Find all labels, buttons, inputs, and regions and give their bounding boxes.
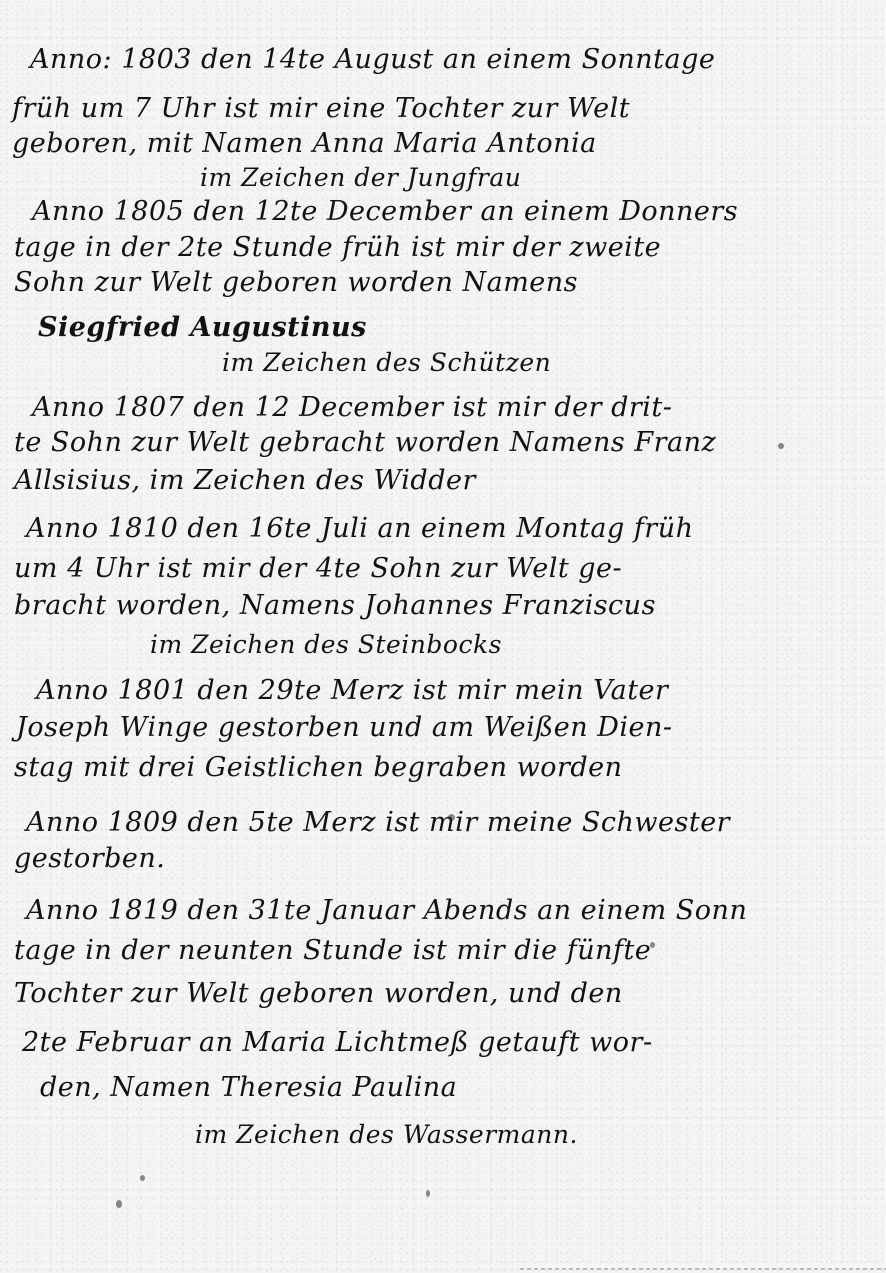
entry-1819-line-5: den, Namen Theresia Paulina: [40, 1072, 457, 1103]
entry-1805-zodiac: im Zeichen des Schützen: [222, 348, 551, 377]
entry-1805-line-3: Sohn zur Welt geboren worden Namens: [14, 267, 578, 298]
ink-speck: [426, 1190, 430, 1197]
page-bottom-edge: [520, 1268, 886, 1270]
entry-1819-zodiac: im Zeichen des Wassermann.: [195, 1120, 578, 1149]
ink-speck: [140, 1175, 145, 1181]
ink-speck: [778, 443, 784, 449]
entry-1803-zodiac: im Zeichen der Jungfrau: [200, 163, 521, 192]
entry-1805-line-1: Anno 1805 den 12te December an einem Don…: [32, 196, 738, 227]
entry-1809-line-2: gestorben.: [14, 843, 165, 874]
ink-speck: [448, 814, 455, 821]
entry-1801-line-2: Joseph Winge gestorben und am Weißen Die…: [16, 712, 673, 743]
entry-1803-line-1: Anno: 1803 den 14te August an einem Sonn…: [30, 44, 715, 75]
entry-1805-child-name: Siegfried Augustinus: [38, 312, 367, 343]
entry-1810-line-2: um 4 Uhr ist mir der 4te Sohn zur Welt g…: [14, 553, 622, 584]
entry-1807-line-1: Anno 1807 den 12 December ist mir der dr…: [32, 392, 672, 423]
entry-1810-line-3: bracht worden, Namens Johannes Franziscu…: [14, 590, 656, 621]
entry-1819-line-4: 2te Februar an Maria Lichtmeß getauft wo…: [22, 1027, 653, 1058]
entry-1809-line-1: Anno 1809 den 5te Merz ist mir meine Sch…: [26, 807, 730, 838]
entry-1801-line-3: stag mit drei Geistlichen begraben worde…: [14, 752, 623, 783]
entry-1803-line-2: früh um 7 Uhr ist mir eine Tochter zur W…: [12, 93, 630, 124]
entry-1819-line-3: Tochter zur Welt geboren worden, und den: [14, 978, 623, 1009]
entry-1807-line-2: te Sohn zur Welt gebracht worden Namens …: [14, 427, 716, 458]
entry-1803-line-3: geboren, mit Namen Anna Maria Antonia: [12, 128, 597, 159]
entry-1819-line-2: tage in der neunten Stunde ist mir die f…: [14, 935, 651, 966]
entry-1810-zodiac: im Zeichen des Steinbocks: [150, 630, 502, 659]
entry-1807-line-3: Allsisius, im Zeichen des Widder: [14, 465, 476, 496]
entry-1810-line-1: Anno 1810 den 16te Juli an einem Montag …: [26, 513, 694, 544]
ink-speck: [116, 1200, 122, 1208]
ink-speck: [650, 942, 655, 948]
entry-1801-line-1: Anno 1801 den 29te Merz ist mir mein Vat…: [36, 675, 668, 706]
entry-1805-line-2: tage in der 2te Stunde früh ist mir der …: [14, 232, 661, 263]
entry-1819-line-1: Anno 1819 den 31te Januar Abends an eine…: [26, 895, 747, 926]
document-page: Anno: 1803 den 14te August an einem Sonn…: [0, 0, 886, 1273]
